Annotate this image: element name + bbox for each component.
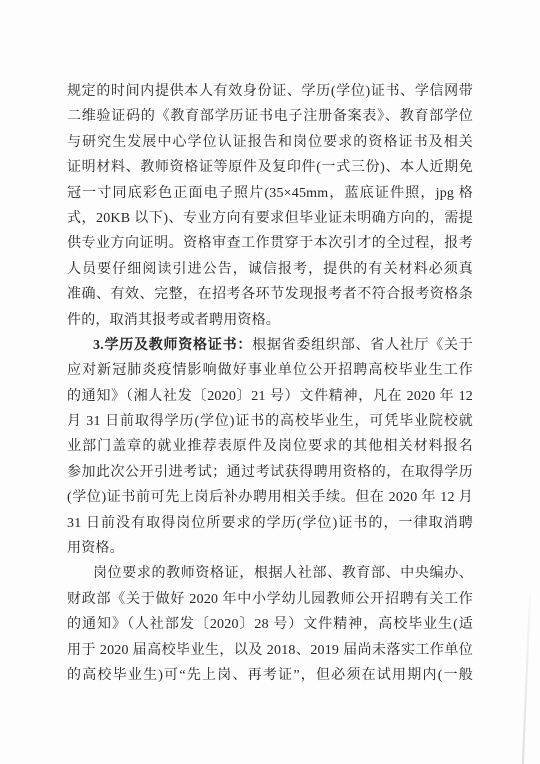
document-body: 规定的时间内提供本人有效身份证、学历(学位)证书、学信网带 二维验证码的《教育部… — [67, 79, 473, 688]
text-line: 的高校毕业生)可“先上岗、再考证”，但必须在试用期内(一般 — [67, 663, 473, 688]
text-line: 财政部《关于做好 2020 年中小学幼儿园教师公开招聘有关工作 — [67, 587, 473, 612]
text-line: 供专业方向证明。资格审查工作贯穿于本次引才的全过程，报考 — [67, 231, 473, 256]
text-line: 证明材料、教师资格证等原件及复印件(一式三份)、本人近期免 — [67, 155, 473, 180]
section-heading: 3.学历及教师资格证书： — [93, 338, 252, 353]
text-line: 式，20KB 以下)、专业方向有要求但毕业证未明确方向的，需提 — [67, 206, 473, 231]
scan-artifact-line — [522, 594, 531, 764]
text-line: 件的，取消其报考或者聘用资格。 — [67, 308, 473, 333]
text-line: 月 31 日前取得学历(学位)证书的高校毕业生，可凭毕业院校就 — [67, 409, 473, 434]
text-line: 与研究生发展中心学位认证报告和岗位要求的资格证书及相关 — [67, 130, 473, 155]
text-line: 业部门盖章的就业推荐表原件及岗位要求的其他相关材料报名 — [67, 434, 473, 459]
text-line: 的通知》（湘人社发〔2020〕21 号）文件精神，凡在 2020 年 12 — [67, 384, 473, 409]
text-line: 二维验证码的《教育部学历证书电子注册备案表》、教育部学位 — [67, 104, 473, 129]
text-line: 冠一寸同底彩色正面电子照片(35×45mm，蓝底证件照，jpg 格 — [67, 181, 473, 206]
text-line: 用资格。 — [67, 536, 473, 561]
text-line: 规定的时间内提供本人有效身份证、学历(学位)证书、学信网带 — [67, 79, 473, 104]
text-line: (学位)证书前可先上岗后补办聘用相关手续。但在 2020 年 12 月 — [67, 485, 473, 510]
text-line: 参加此次公开引进考试；通过考试获得聘用资格的，在取得学历 — [67, 460, 473, 485]
document-page: 规定的时间内提供本人有效身份证、学历(学位)证书、学信网带 二维验证码的《教育部… — [0, 0, 540, 764]
text-line: 3.学历及教师资格证书：根据省委组织部、省人社厅《关于 — [67, 333, 473, 358]
text-line: 人员要仔细阅读引进公告，诚信报考，提供的有关材料必须真实、 — [67, 257, 473, 282]
text-line: 岗位要求的教师资格证，根据人社部、教育部、中央编办、 — [67, 561, 473, 586]
text-line: 准确、有效、完整，在招考各环节发现报考者不符合报考资格条 — [67, 282, 473, 307]
text-line: 31 日前没有取得岗位所要求的学历(学位)证书的，一律取消聘 — [67, 511, 473, 536]
text-line: 的通知》（人社部发〔2020〕28 号）文件精神，高校毕业生(适 — [67, 612, 473, 637]
text-line: 用于 2020 届高校毕业生，以及 2018、2019 届尚未落实工作单位 — [67, 638, 473, 663]
text-segment: 根据省委组织部、省人社厅《关于 — [252, 338, 473, 353]
text-line: 应对新冠肺炎疫情影响做好事业单位公开招聘高校毕业生工作 — [67, 358, 473, 383]
